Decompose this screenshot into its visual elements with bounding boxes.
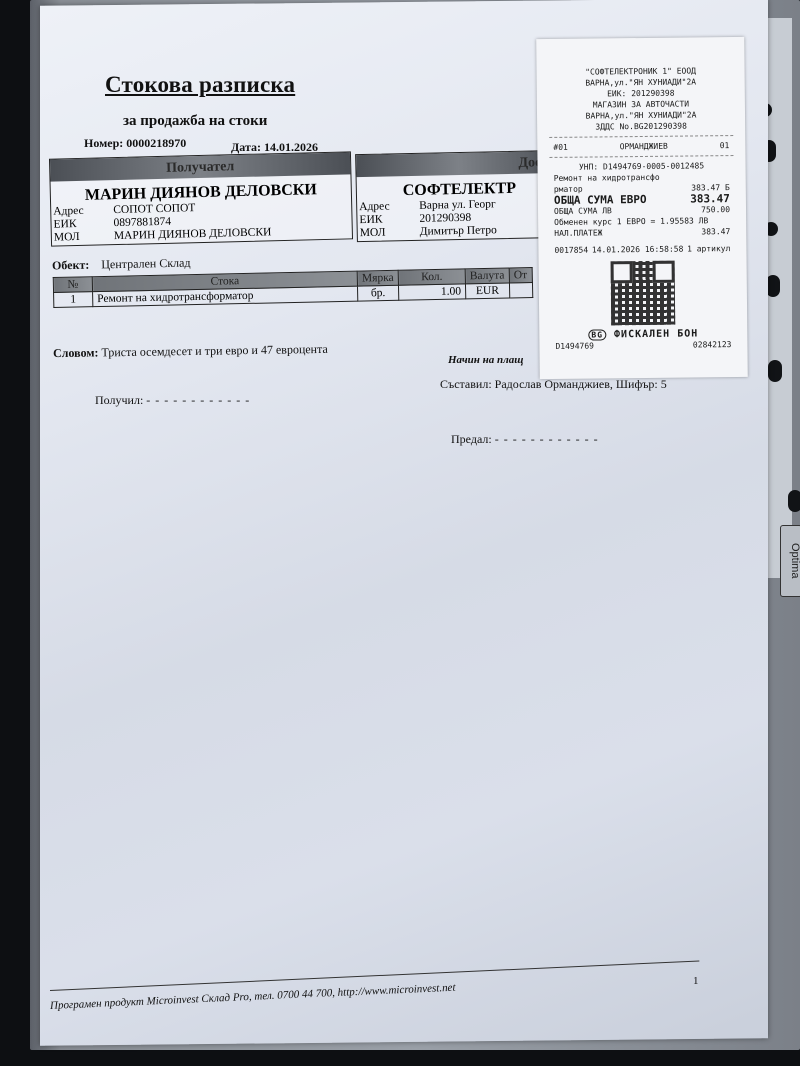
object-value: Централен Склад [101, 256, 191, 272]
document-title: Стокова разписка [105, 72, 295, 98]
punch-hole [766, 275, 780, 297]
object-line: Обект:Централен Склад [52, 256, 191, 274]
receipt-meta: 0017854 14.01.2026 16:58:58 1 артикул [538, 243, 746, 256]
payment-method: Начин на плащ [448, 354, 523, 366]
recipient-box: Получател МАРИН ДИЯНОВ ДЕЛОВСКИ АдресСОП… [49, 151, 353, 246]
punch-hole [788, 490, 800, 512]
number-value: 0000218970 [126, 136, 186, 150]
punch-hole [768, 360, 782, 382]
receipt-device: D1494769 02842123 [539, 339, 747, 352]
receipt-operator: #01 ОРМАНДЖИЕВ 01 [537, 140, 745, 153]
receipt-cash: НАЛ.ПЛАТЕЖ383.47 [538, 226, 746, 239]
supplier-band: Доста [356, 151, 561, 177]
document-subtitle: за продажба на стоки [123, 113, 267, 130]
bg-logo-icon: BG [588, 329, 606, 340]
received-signature: Получил: - - - - - - - - - - - - [95, 393, 250, 408]
recipient-band: Получател [50, 152, 350, 181]
qr-code [611, 261, 676, 326]
receipt-header: "СОФТЕЛЕКТРОНИК 1" ЕООД ВАРНА,ул."ЯН ХУН… [537, 65, 746, 133]
date-label: Дата: [231, 140, 261, 154]
handed-signature: Предал: - - - - - - - - - - - - [451, 432, 599, 447]
sleeve-brand-label: Optima [780, 525, 800, 597]
supplier-box: Доста СОФТЕЛЕКТР АдресВарна ул. Георг ЕИ… [355, 150, 564, 242]
page-number: 1 [693, 975, 699, 987]
number-label: Номер: [84, 136, 123, 150]
document-number: Номер: 0000218970 [84, 136, 186, 151]
compiled-by: Съставил: Радослав Орманджиев, Шифър: 5 [440, 377, 667, 392]
object-label: Обект: [52, 258, 90, 273]
fiscal-receipt: "СОФТЕЛЕКТРОНИК 1" ЕООД ВАРНА,ул."ЯН ХУН… [536, 37, 748, 379]
